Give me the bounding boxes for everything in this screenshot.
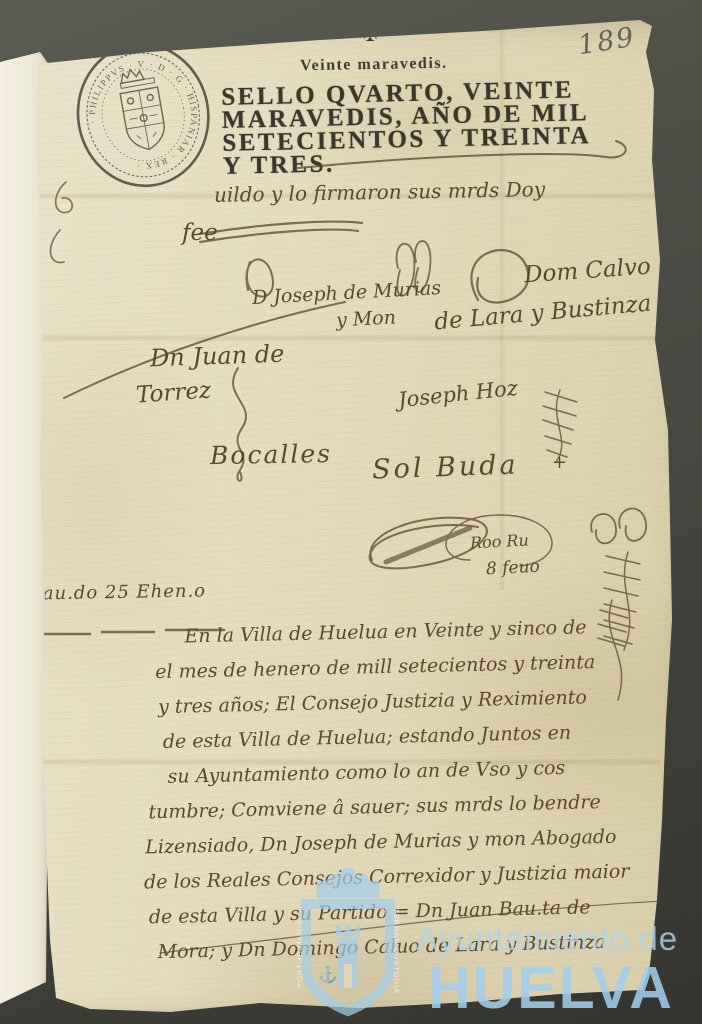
tower-door	[344, 964, 352, 988]
signature-calvo-2: de Lara y Bustinza	[433, 291, 652, 336]
watermark-huelva-text: HUELVA	[428, 954, 674, 1022]
anchor-icon: ⚓	[318, 965, 338, 984]
signature-murias-2: y Mon	[335, 306, 396, 331]
receipt-note-line2: 8 feuo	[486, 557, 541, 580]
archive-watermark: ⚓ PORTUS MARIS TERRAE CUSTODIA Ayuntamie…	[288, 868, 702, 1024]
archival-scan: 189 ✠ Veinte maravedis. · PHILIPPVS · V …	[0, 0, 702, 1024]
signature-solbuda: Sol Buda	[372, 449, 520, 485]
big-oval-inner-stroke	[386, 528, 470, 562]
cross-ornament-icon: ✠	[363, 26, 377, 46]
right-loops	[591, 509, 646, 544]
receipt-note-line1: Roo Ru	[470, 530, 530, 552]
shield-motto-left: PORTUS MARIS	[295, 919, 304, 988]
attestation-fee: fee	[182, 220, 218, 246]
attestation-line: uildo y lo firmaron sus mrds Doy	[214, 177, 545, 207]
signature-bocalles: Bocalles	[210, 439, 332, 470]
folio-number: 189	[576, 22, 638, 62]
signature-torrez: Torrez	[135, 377, 212, 408]
paper-crease	[40, 334, 660, 342]
left-margin-mark	[50, 230, 64, 263]
watermark-ayuntamiento-text: Ayuntamiento de	[416, 920, 678, 958]
seal-coat-of-arms	[116, 65, 168, 152]
shield-crown	[316, 868, 380, 898]
seal-heading-line: SETECIENTOS Y TREINTA	[222, 124, 591, 155]
signature-murias: D Joseph de Murias	[252, 277, 442, 309]
huelva-shield-logo: ⚓ PORTUS MARIS TERRAE CUSTODIA	[288, 868, 408, 1018]
signature-juan: Dn Juan de	[150, 340, 285, 373]
margin-note-cabildo: Cau.do 25 Ehen.o	[28, 580, 206, 604]
fee-strike-flourish	[200, 222, 362, 242]
printed-seal-heading: SELLO QVARTO, VEINTE MARAVEDIS, AÑO DE M…	[221, 78, 592, 178]
royal-seal-stamp: · PHILIPPVS · V · D · G · HISPANIAR · RE…	[60, 27, 226, 201]
notary-cross-mark: +	[552, 452, 567, 473]
shield-motto-right: TERRAE CUSTODIA	[392, 908, 401, 994]
signature-calvo: Dom Calvo	[523, 254, 651, 289]
printed-tax-line: Veinte maravedis.	[300, 55, 448, 76]
